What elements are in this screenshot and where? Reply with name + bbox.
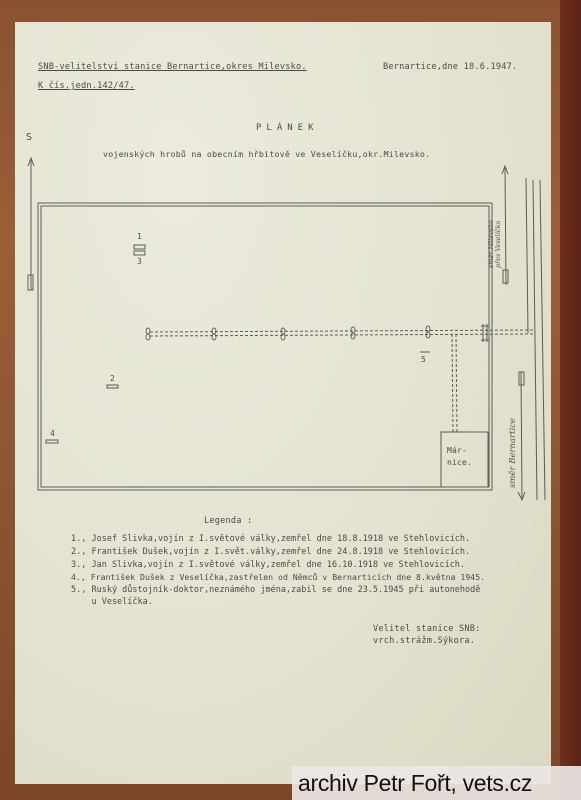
grave-4 — [46, 440, 58, 443]
grave-2 — [107, 385, 118, 388]
legend-item-5-cont: u Veselíčka. — [71, 597, 153, 607]
cemetery-plan — [0, 0, 581, 800]
legend-item-1: 1., Josef Slivka,vojín z I.světové války… — [71, 534, 470, 544]
legend-item-4: 4., František Dušek z Veselíčka,zastřele… — [71, 572, 485, 582]
road-label-milevsko: směr Milevsko přes Veselíčko — [488, 220, 502, 268]
grave-label-3: 3 — [137, 257, 142, 266]
grave-label-2: 2 — [110, 374, 115, 383]
north-label: S — [26, 132, 32, 143]
grave-label-4: 4 — [50, 429, 55, 438]
road-label-bernartice: směr Bernartice — [508, 418, 518, 488]
legend-item-5: 5., Ruský důstojník-doktor,neznámého jmé… — [71, 585, 480, 595]
road-label-milevsko-line2: přes Veselíčko — [495, 220, 502, 268]
mortuary-label-line2: nice. — [447, 457, 472, 469]
archive-watermark: archiv Petr Fořt, vets.cz — [292, 766, 581, 800]
grave-3 — [134, 251, 145, 255]
signature-title: Velitel stanice SNB: — [373, 624, 480, 634]
legend-item-2: 2., František Dušek,vojín z I.svět.války… — [71, 547, 470, 557]
signature-name: vrch.strážm.Sýkora. — [373, 636, 475, 646]
grave-1 — [134, 245, 145, 249]
mortuary-label-line1: Már- — [447, 445, 472, 457]
mortuary-label: Már- nice. — [447, 445, 472, 469]
grave-label-1: 1 — [137, 232, 142, 241]
legend-heading: Legenda : — [204, 516, 252, 526]
grave-label-5: 5 — [421, 355, 426, 364]
legend-item-3: 3., Jan Slivka,vojín z I.světové války,z… — [71, 560, 465, 570]
